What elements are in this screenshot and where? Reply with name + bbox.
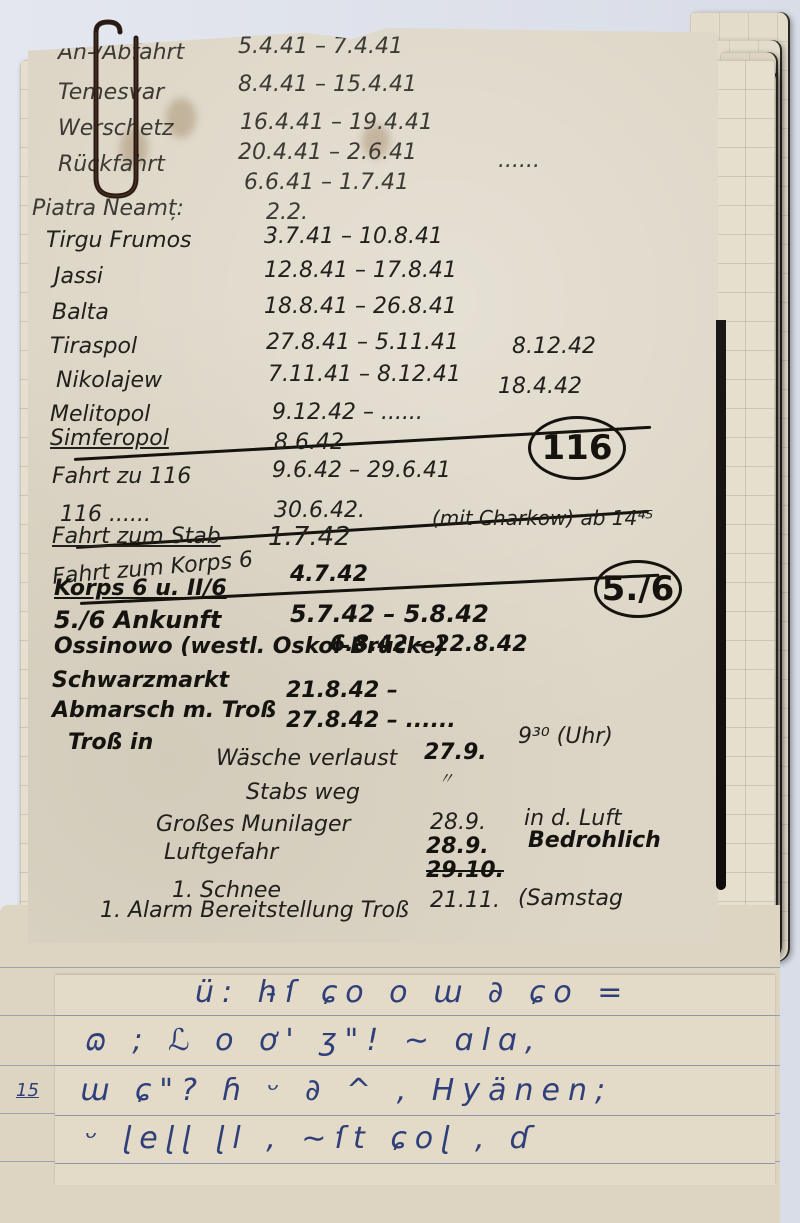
log-dates: 29.10.	[426, 858, 504, 883]
log-place: Stabs weg	[246, 780, 360, 805]
log-note: 8.12.42	[512, 334, 596, 359]
log-note: (Samstag	[518, 886, 623, 911]
log-dates: 6.8.42 – 22.8.42	[330, 632, 528, 657]
paper-clip-icon	[88, 18, 144, 200]
log-dates: 27.8.42 – ......	[286, 708, 456, 733]
log-note: ......	[498, 148, 540, 173]
log-note: 9³⁰ (Uhr)	[518, 724, 613, 749]
log-place: Großes Munilager	[156, 812, 351, 837]
log-dates: 12.8.41 – 17.8.41	[264, 258, 457, 283]
ink-streak	[716, 320, 726, 890]
circled-unit-number: 5./6	[594, 560, 682, 618]
log-dates: 5.4.41 – 7.4.41	[238, 34, 403, 59]
log-place: Melitopol	[50, 402, 150, 427]
log-dates: 27.8.41 – 5.11.41	[266, 330, 459, 355]
log-dates: 8.4.41 – 15.4.41	[238, 72, 417, 97]
margin-page-number: 15	[16, 1080, 39, 1101]
log-dates: 16.4.41 – 19.4.41	[240, 110, 433, 135]
shorthand-slip: ü: h̵ſ ɕo ᴏ ɯ ∂ ɕo = ɷ ; ℒ o ơ' ʒ"! ∼ ɑl…	[55, 975, 775, 1185]
log-place: Schwarzmarkt	[52, 668, 229, 693]
log-dates: 20.4.41 – 2.6.41	[238, 140, 417, 165]
log-place: Tirgu Frumos	[46, 228, 192, 253]
log-place: Troß in	[68, 730, 153, 755]
log-note: 18.4.42	[498, 374, 582, 399]
shorthand-line: ɯ ɕ"? ɦ ᵕ ∂ ^ , Hyänen;	[80, 1073, 613, 1108]
circled-unit-number: 116	[528, 416, 626, 480]
log-note: Bedrohlich	[528, 828, 661, 853]
log-place: Balta	[52, 300, 109, 325]
log-dates: 6.6.41 – 1.7.41	[244, 170, 409, 195]
log-place: Fahrt zu 116	[52, 464, 191, 489]
log-place: Nikolajew	[56, 368, 162, 393]
log-dates: 30.6.42.	[274, 498, 365, 523]
log-place: Luftgefahr	[164, 840, 278, 865]
shorthand-line: ᵕ ɭeɭɭ ɭl , ∼ſt ɕoɭ , ɗ	[85, 1121, 540, 1156]
log-place: Abmarsch m. Troß	[52, 698, 276, 723]
shorthand-line: ü: h̵ſ ɕo ᴏ ɯ ∂ ɕo =	[195, 975, 630, 1010]
log-dates: 9.6.42 – 29.6.41	[272, 458, 451, 483]
log-place: Fahrt zum Stab	[52, 524, 221, 549]
log-place: 1. Alarm Bereitstellung Troß	[100, 898, 409, 923]
shorthand-line: ɷ ; ℒ o ơ' ʒ"! ∼ ɑlɑ,	[85, 1023, 543, 1058]
log-place: Jassi	[54, 264, 103, 289]
log-dates: 9.12.42 – ......	[272, 400, 423, 425]
log-place: 5./6 Ankunft	[54, 606, 221, 634]
log-dates: 4.7.42	[290, 562, 368, 587]
log-dates: 〃	[438, 766, 454, 789]
log-dates: 21.11.	[430, 888, 500, 913]
log-dates: 28.9.	[426, 834, 489, 859]
log-place: Simferopol	[50, 426, 169, 451]
log-dates: 18.8.41 – 26.8.41	[264, 294, 457, 319]
log-place: Tiraspol	[50, 334, 137, 359]
log-dates: 3.7.41 – 10.8.41	[264, 224, 443, 249]
log-note: (mit Charkow) ab 14⁴⁵	[432, 506, 653, 530]
log-dates: 7.11.41 – 8.12.41	[268, 362, 461, 387]
log-dates: 21.8.42 –	[286, 678, 398, 703]
log-dates: 27.9.	[424, 740, 487, 765]
log-dates: 2.2.	[266, 200, 308, 225]
log-dates: 5.7.42 – 5.8.42	[290, 600, 489, 628]
log-dates: 28.9.	[430, 810, 486, 835]
log-place: Wäsche verlaust	[216, 746, 397, 771]
log-dates: 1.7.42	[268, 522, 351, 552]
log-dates: 8.6.42	[274, 430, 344, 455]
